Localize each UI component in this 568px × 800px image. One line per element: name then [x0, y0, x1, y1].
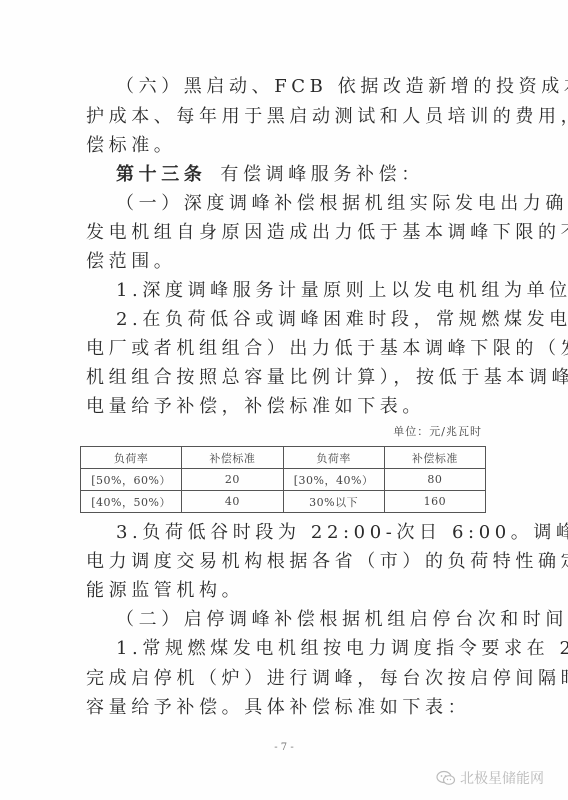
table-header-cell: 补偿标准	[182, 447, 283, 469]
paragraph-line: 发电机组自身原因造成出力低于基本调峰下限的不列入补	[86, 222, 482, 244]
paragraph-line: （一）深度调峰补偿根据机组实际发电出力确定。由于	[116, 193, 482, 215]
paragraph-line: 电厂或者机组组合）出力低于基本调峰下限的（发电厂或者	[86, 338, 482, 360]
table-header-cell: 负荷率	[81, 447, 182, 469]
paragraph-line: （二）启停调峰补偿根据机组启停台次和时间间隔确定。	[116, 609, 482, 631]
paragraph-line: 完成启停机（炉）进行调峰，每台次按启停间隔时间和机组	[86, 668, 482, 690]
watermark: 北极星储能网	[436, 768, 544, 788]
article-number: 第十三条	[116, 164, 206, 185]
paragraph-line: 机组组合按照总容量比例计算），按低于基本调峰下限少发	[86, 367, 482, 389]
watermark-text: 北极星储能网	[460, 768, 544, 788]
table-header-cell: 负荷率	[283, 447, 384, 469]
paragraph-line: 电量给予补偿，补偿标准如下表。	[86, 396, 482, 418]
article-heading: 第十三条有偿调峰服务补偿：	[116, 164, 482, 186]
paragraph-line: 1.常规燃煤发电机组按电力调度指令要求在 24 小时内	[116, 638, 482, 660]
paragraph-line: 1.深度调峰服务计量原则上以发电机组为单位。	[116, 280, 482, 302]
paragraph-line: 容量给予补偿。具体补偿标准如下表：	[86, 697, 482, 719]
page-number: - 7 -	[0, 742, 568, 753]
table-header-row: 负荷率 补偿标准 负荷率 补偿标准	[81, 447, 486, 469]
table-cell: [30%，40%）	[283, 469, 384, 491]
article-title: 有偿调峰服务补偿：	[220, 164, 423, 185]
table-cell: [40%，50%）	[81, 491, 182, 513]
paragraph-line: （六）黑启动、FCB 依据改造新增的投资成本、运行维	[116, 76, 482, 98]
table-cell: 40	[182, 491, 283, 513]
paragraph-line: 3.负荷低谷时段为 22:00-次日 6:00。调峰困难时段由	[116, 522, 482, 544]
table-cell: [50%，60%）	[81, 469, 182, 491]
paragraph-line: 偿范围。	[86, 251, 482, 273]
wechat-icon	[436, 770, 456, 786]
table-cell: 80	[384, 469, 485, 491]
paragraph-line: 2.在负荷低谷或调峰困难时段，常规燃煤发电机组（发	[116, 309, 482, 331]
document-page: （六）黑启动、FCB 依据改造新增的投资成本、运行维 护成本、每年用于黑启动测试…	[0, 0, 568, 800]
table-unit-label: 单位：元/兆瓦时	[393, 423, 482, 439]
table-cell: 30%以下	[283, 491, 384, 513]
paragraph-line: 偿标准。	[86, 135, 482, 157]
paragraph-line: 能源监管机构。	[86, 580, 482, 602]
table-cell: 160	[384, 491, 485, 513]
table-header-cell: 补偿标准	[384, 447, 485, 469]
table-row: [50%，60%） 20 [30%，40%） 80	[81, 469, 486, 491]
table-row: [40%，50%） 40 30%以下 160	[81, 491, 486, 513]
compensation-table: 负荷率 补偿标准 负荷率 补偿标准 [50%，60%） 20 [30%，40%）…	[80, 446, 486, 513]
table-cell: 20	[182, 469, 283, 491]
paragraph-line: 电力调度交易机构根据各省（市）的负荷特性确定，并报送	[86, 551, 482, 573]
paragraph-line: 护成本、每年用于黑启动测试和人员培训的费用，确定其补	[86, 106, 482, 128]
